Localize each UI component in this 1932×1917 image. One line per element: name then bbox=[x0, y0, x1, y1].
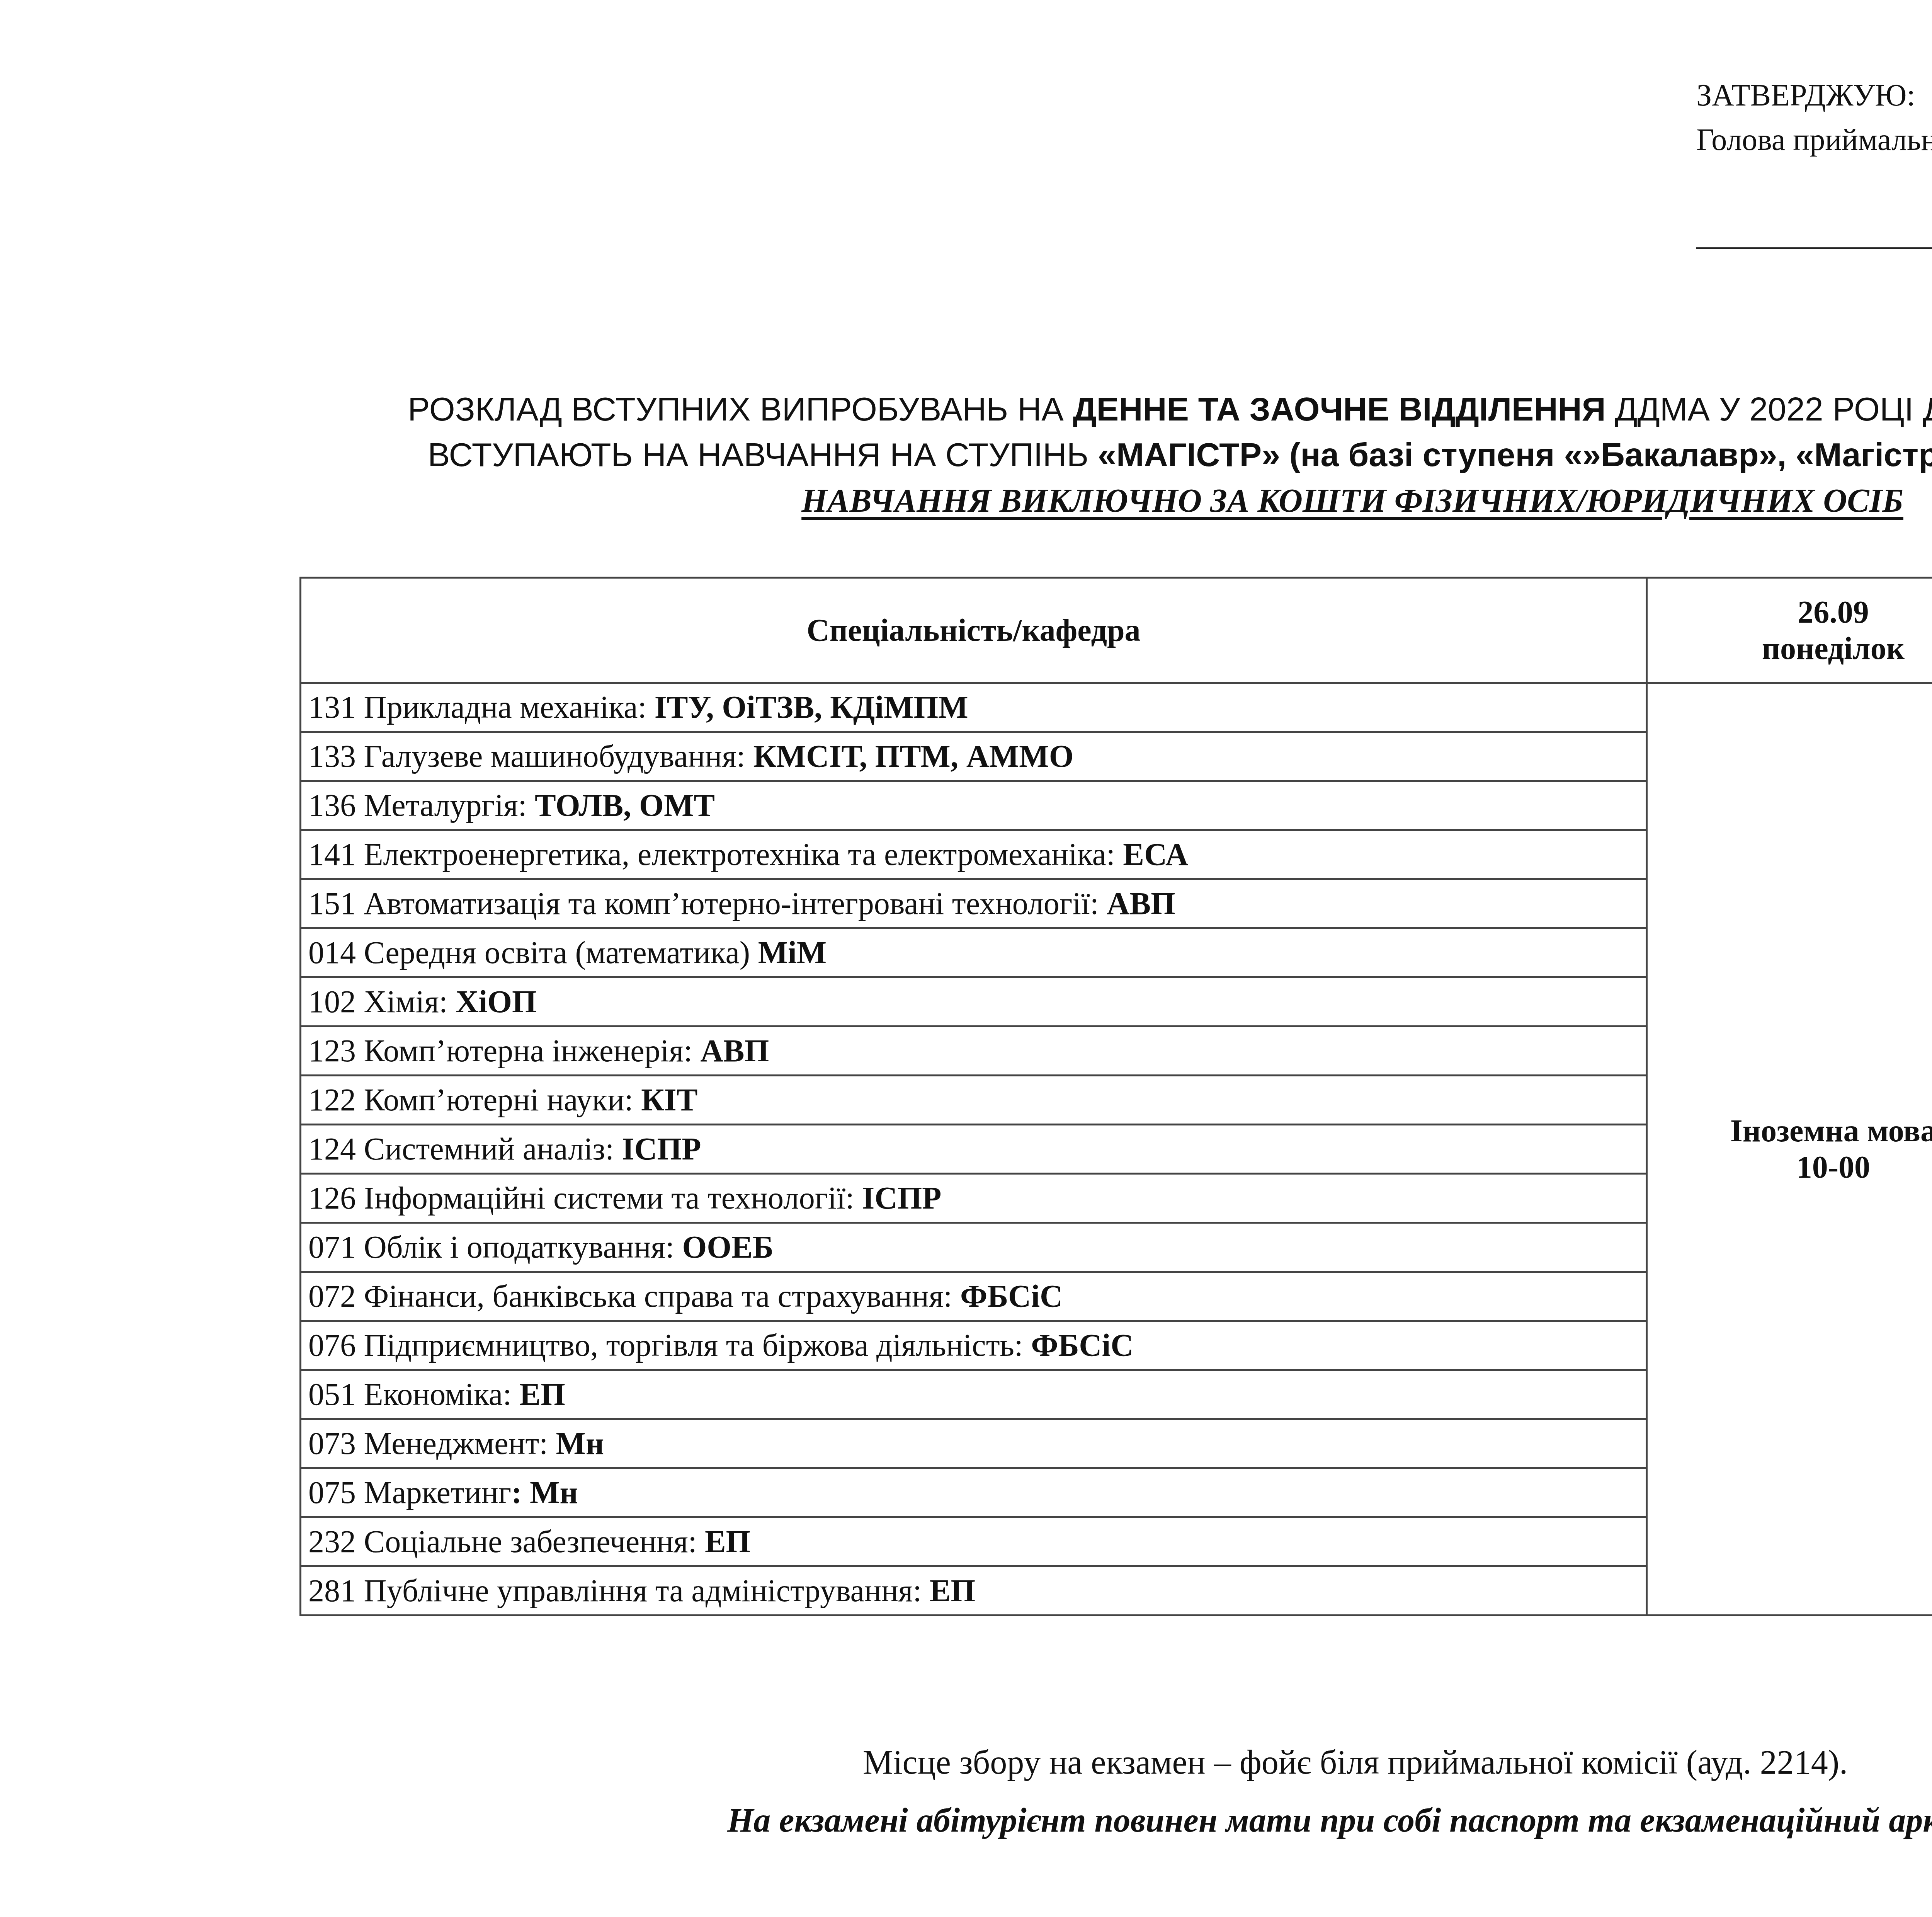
signature-line bbox=[1696, 247, 1932, 249]
specialty-cell: 232 Соціальне забезпечення: ЕП bbox=[301, 1517, 1647, 1566]
approval-label: ЗАТВЕРДЖУЮ: bbox=[1696, 73, 1932, 118]
approval-block: ЗАТВЕРДЖУЮ: Голова приймальної комісії В… bbox=[1696, 73, 1932, 249]
document-title: РОЗКЛАД ВСТУПНИХ ВИПРОБУВАНЬ НА ДЕННЕ ТА… bbox=[116, 386, 1932, 523]
specialty-cell: 014 Середня освіта (математика) МіМ bbox=[301, 928, 1647, 977]
gathering-place: Місце збору на екзамен – фойє біля прийм… bbox=[0, 1743, 1932, 1782]
specialty-cell: 126 Інформаційні системи та технології: … bbox=[301, 1174, 1647, 1223]
specialty-cell: 131 Прикладна механіка: ІТУ, ОіТЗВ, КДіМ… bbox=[301, 683, 1647, 732]
approval-position: Голова приймальної комісії bbox=[1696, 118, 1932, 162]
specialty-cell: 122 Комп’ютерні науки: КІТ bbox=[301, 1076, 1647, 1125]
header-specialty: Спеціальність/кафедра bbox=[301, 578, 1647, 683]
specialty-cell: 073 Менеджмент: Мн bbox=[301, 1419, 1647, 1468]
specialty-cell: 133 Галузеве машинобудування: КМСІТ, ПТМ… bbox=[301, 732, 1647, 781]
specialty-cell: 076 Підприємництво, торгівля та біржова … bbox=[301, 1321, 1647, 1370]
exam-cell-day1: Іноземна мова10-00 bbox=[1647, 683, 1932, 1616]
funding-note: НАВЧАННЯ ВИКЛЮЧНО ЗА КОШТИ ФІЗИЧНИХ/ЮРИД… bbox=[116, 478, 1932, 523]
specialty-cell: 051 Економіка: ЕП bbox=[301, 1370, 1647, 1419]
header-day1: 26.09понеділок bbox=[1647, 578, 1932, 683]
exam-note: На екзамені абітурієнт повинен мати при … bbox=[0, 1801, 1932, 1840]
specialty-cell: 075 Маркетинг: Мн bbox=[301, 1468, 1647, 1517]
specialty-cell: 123 Комп’ютерна інженерія: АВП bbox=[301, 1027, 1647, 1076]
specialty-cell: 151 Автоматизація та комп’ютерно-інтегро… bbox=[301, 879, 1647, 928]
specialty-cell: 102 Хімія: ХіОП bbox=[301, 977, 1647, 1027]
table-row: 131 Прикладна механіка: ІТУ, ОіТЗВ, КДіМ… bbox=[301, 683, 1932, 732]
specialty-cell: 124 Системний аналіз: ІСПР bbox=[301, 1125, 1647, 1174]
schedule-table: Спеціальність/кафедра 26.09понеділок 27.… bbox=[299, 577, 1932, 1616]
specialty-cell: 072 Фінанси, банківська справа та страху… bbox=[301, 1272, 1647, 1321]
specialty-cell: 136 Металургія: ТОЛВ, ОМТ bbox=[301, 781, 1647, 830]
specialty-cell: 281 Публічне управління та адмініструван… bbox=[301, 1566, 1647, 1616]
specialty-cell: 141 Електроенергетика, електротехніка та… bbox=[301, 830, 1647, 879]
specialty-cell: 071 Облік і оподаткування: ООЕБ bbox=[301, 1223, 1647, 1272]
